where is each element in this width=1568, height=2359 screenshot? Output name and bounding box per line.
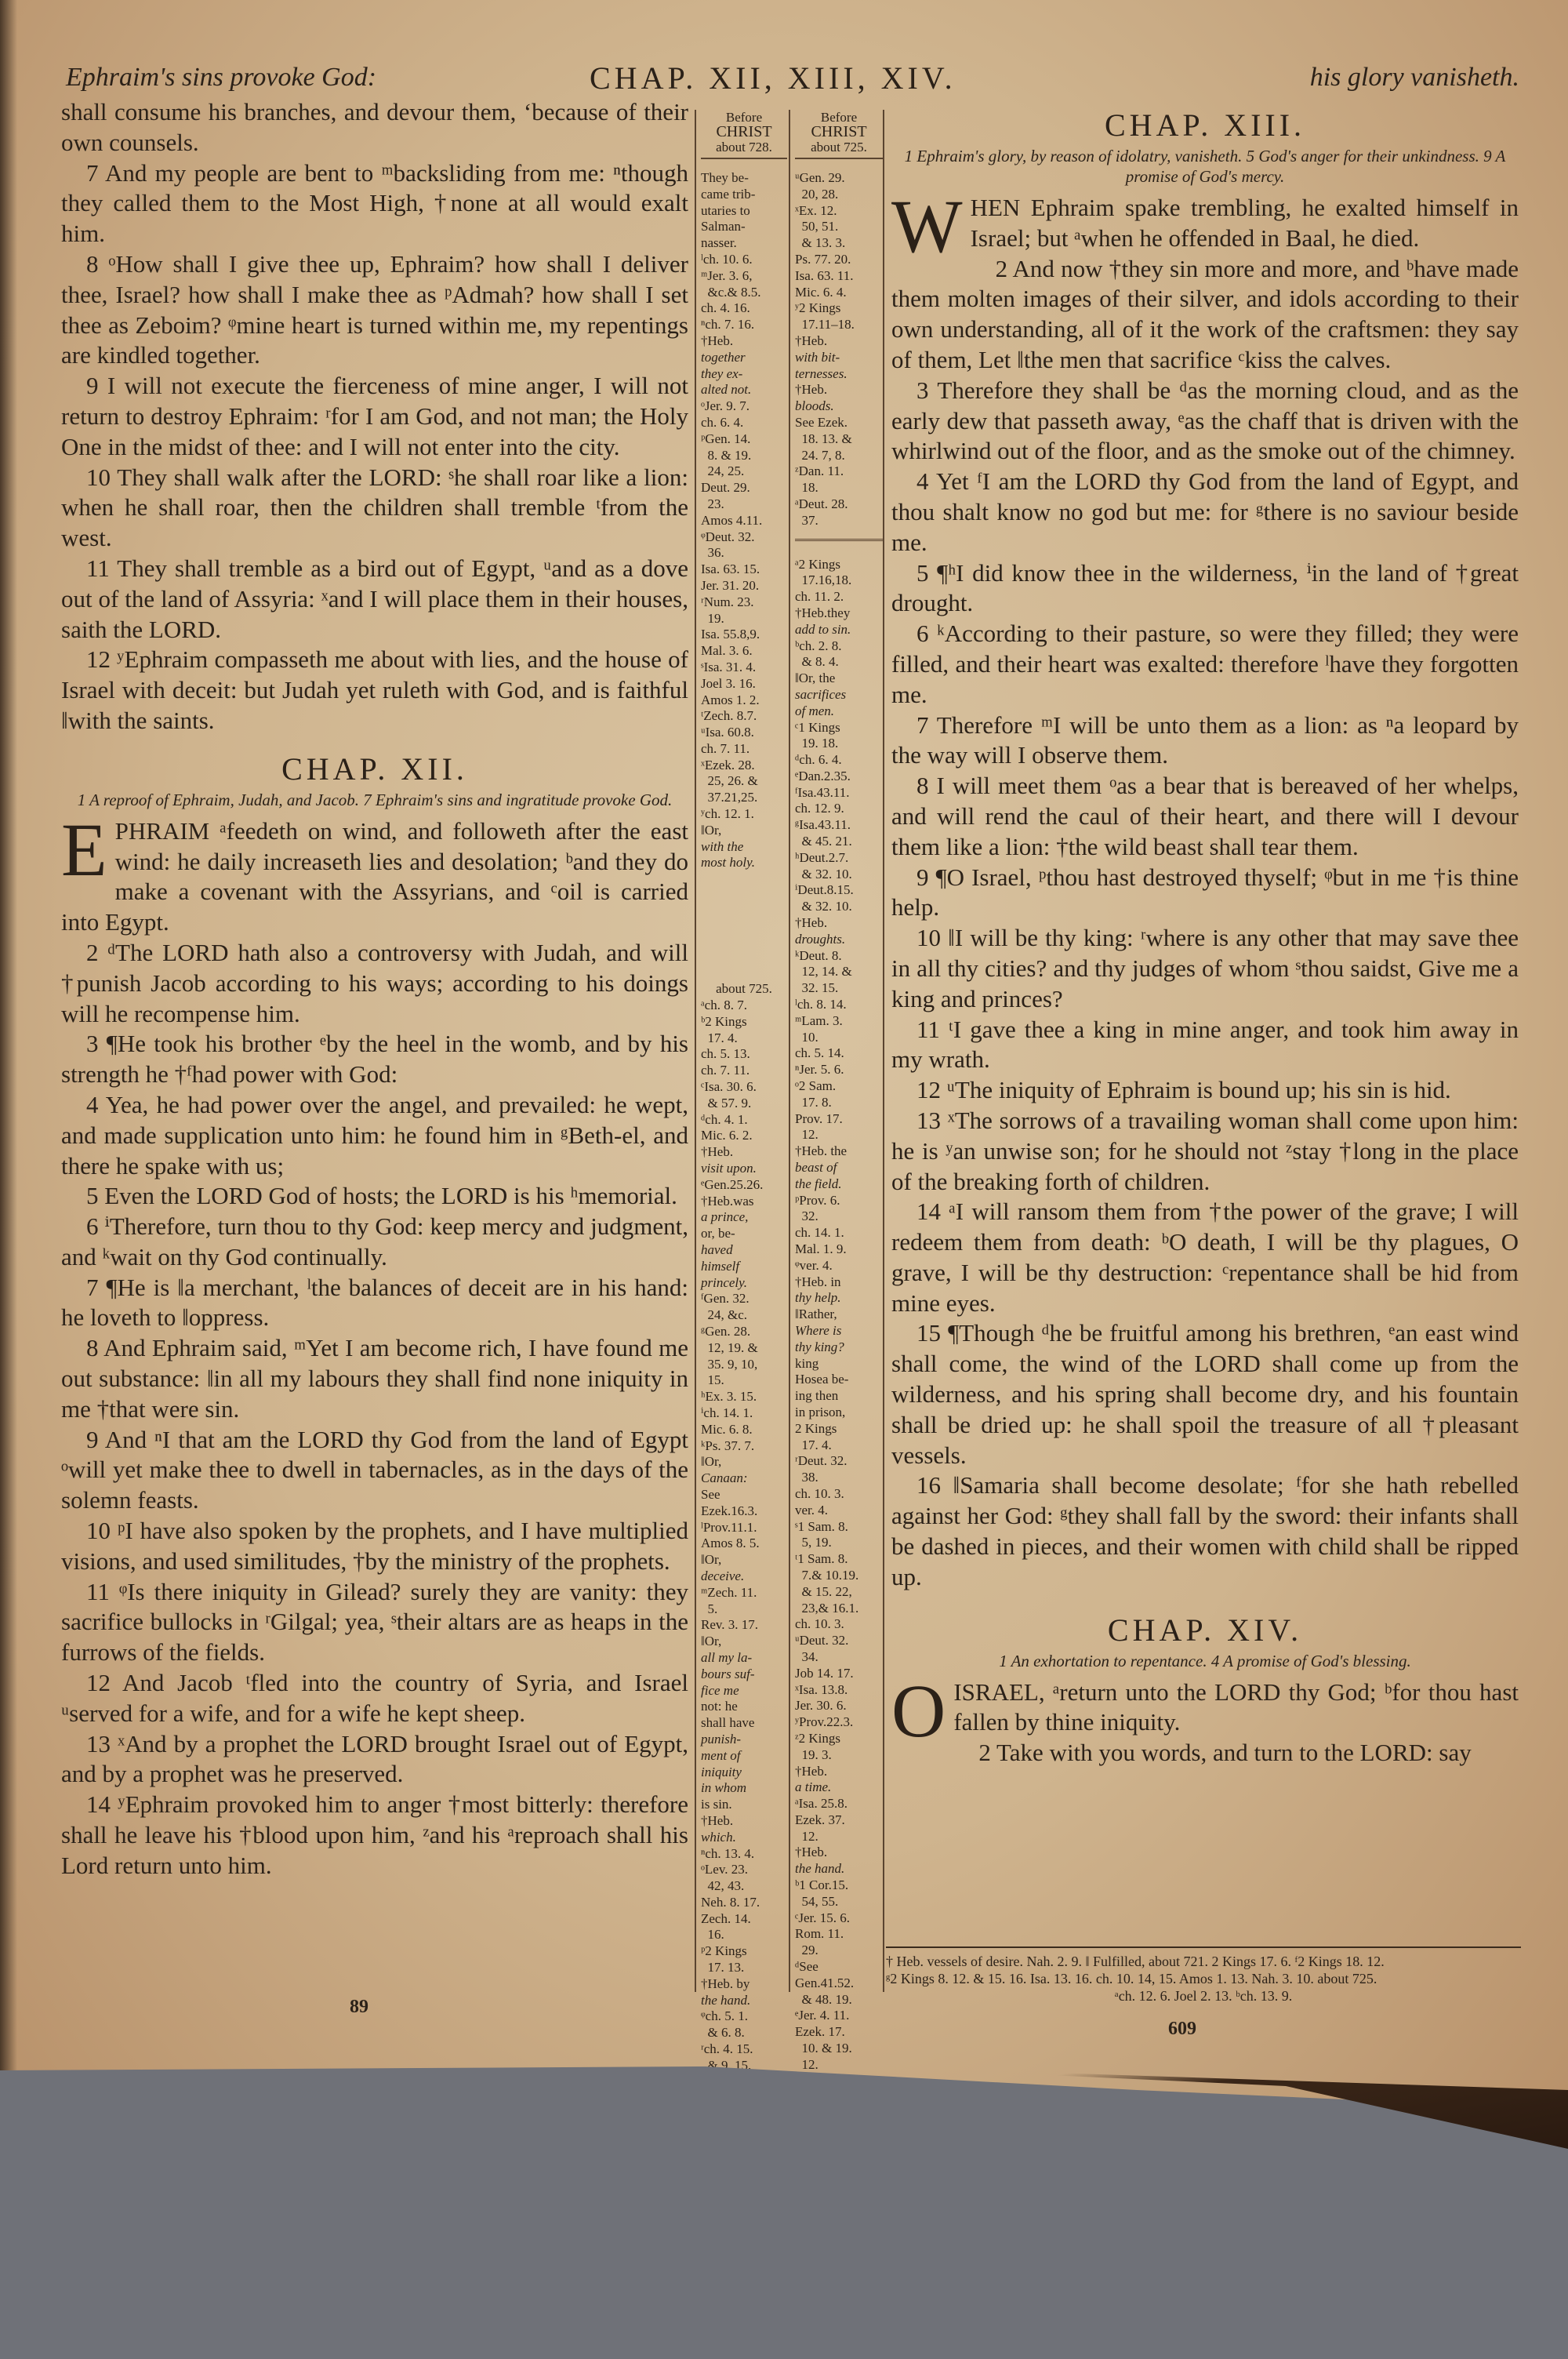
marginal-reference: ⁱch. 14. 1. [701,1405,787,1422]
header-christ: CHRIST [701,125,787,140]
marginal-reference: thy help. [795,1290,883,1307]
marginal-reference: ᵇ1 Cor.15. [795,1877,883,1894]
marginal-reference: ch. 12. 9. [795,801,883,817]
verse: 3 ¶He took his brother ᵉby the heel in t… [61,1029,688,1090]
marginal-reference: Isa. 63. 11. [795,268,883,285]
marginal-reference: nasser. [701,235,787,252]
marginal-reference: & 32. 10. [795,867,883,883]
margin-date-header: Before CHRIST about 728. [701,110,787,159]
marginal-reference: ˣEzek. 28. [701,758,787,774]
footnotes: † Heb. vessels of desire. Nah. 2. 9. ‖ F… [886,1946,1521,2005]
marginal-reference: punish- [701,1732,787,1748]
verse: 2 ᵈThe LORD hath also a controversy with… [61,938,688,1029]
verse-text: ISRAEL, ᵃreturn unto the LORD thy God; ᵇ… [953,1678,1519,1736]
verse: 7 And my people are bent to ᵐbacksliding… [61,158,688,249]
marginal-reference: together [701,350,787,366]
marginal-reference: ᶜJer. 15. 6. [795,1910,883,1927]
marginal-reference: ᵏPs. 37. 7. [701,1438,787,1455]
marginal-reference: ˡch. 10. 6. [701,252,787,268]
marginal-reference: ‖Or, [701,1552,787,1568]
footnote-line: † Heb. vessels of desire. Nah. 2. 9. ‖ F… [886,1953,1521,1970]
marginal-reference: ᵍGen. 28. [701,1324,787,1340]
marginal-reference: †Heb. [701,333,787,350]
marginal-reference: They be- [701,170,787,187]
marginal-reference: or, be- [701,1226,787,1242]
marginal-reference: bloods. [795,398,883,415]
marginal-reference: all my la- [701,1650,787,1667]
marginal-reference: ᶻ2 Kings [795,1731,883,1747]
verse: 11 They shall tremble as a bird out of E… [61,554,688,645]
marginal-reference: in whom [701,1780,787,1797]
marginal-reference: add to sin. [795,622,883,638]
running-head-left: Ephraim's sins provoke God: [66,63,376,93]
marginal-reference: 37. [795,513,883,529]
marginal-reference: Where is [795,1323,883,1339]
marginal-reference: †Heb. [795,333,883,350]
marginal-reference: of men. [795,703,883,720]
marginal-reference: ʰEx. 3. 15. [701,1389,787,1405]
marginal-reference: 17. 13. [701,1960,787,1976]
marginal-reference: ˢch. 8. 11. [701,2106,787,2123]
marginal-reference: ᵘGen. 29. [795,170,883,187]
marginal-reference: alted not. [701,382,787,398]
marginal-reference: most holy. [701,855,787,871]
marginal-reference: ᶜ1 Kings [795,720,883,736]
marginal-reference: in prison, [795,1405,883,1421]
marginal-reference: †Heb.they [795,605,883,622]
marginal-reference: 2 Kings [795,1421,883,1438]
marginal-reference: 10. [795,1030,883,1046]
marginal-reference: ʳDeut. 32. [795,1453,883,1470]
marginal-reference: ᶻDan. 11. [795,463,883,480]
verse-continuation: shall consume his branches, and devour t… [61,97,688,158]
book-page-spread: Ephraim's sins provoke God: CHAP. XII, X… [0,0,1568,2117]
verse: 13 ˣAnd by a prophet the LORD brought Is… [61,1729,688,1790]
marginal-reference: 17. 8. [795,1095,883,1111]
marginal-reference: ⁿJer. 5. 6. [795,1062,883,1078]
marginal-reference: ᵖ2 Kings [701,1943,787,1960]
marginal-reference: 37.21,25. [701,790,787,806]
marginal-reference: iniquity [701,1765,787,1781]
marginal-reference: ʳNum. 23. [701,594,787,611]
marginal-reference: 12, 19. & [701,1340,787,1357]
marginal-reference: Isa. 55.8,9. [701,627,787,643]
verse: 5 Even the LORD God of hosts; the LORD i… [61,1181,688,1212]
marginal-reference: ᵠver. 4. [795,1258,883,1274]
marginal-reference: 5, 19. [795,1535,883,1551]
footnote-line: ᵃch. 12. 6. Joel 2. 13. ᵇch. 13. 9. [886,1987,1521,2005]
marginal-reference: Salman- [701,219,787,235]
verse: 8 ᵒHow shall I give thee up, Ephraim? ho… [61,249,688,371]
marginal-reference: ver. 4. [795,1503,883,1519]
marginal-reference: came trib- [701,187,787,203]
verse-first: O ISRAEL, ᵃreturn unto the LORD thy God;… [891,1677,1519,1739]
marginal-reference: ch. 6. 4. [701,415,787,431]
marginal-reference: 17.16,18. [795,572,883,589]
verse-text: PHRAIM ᵃfeedeth on wind, and followeth a… [61,817,688,936]
marginal-reference: ᵘIsa. 60.8. [701,725,787,741]
marginal-reference: with bit- [795,350,883,366]
marginal-reference: Ps. 77. 20. [795,252,883,268]
marginal-reference: ᵃDeut. 28. [795,496,883,513]
marginal-reference: ‖Or, the [795,671,883,687]
marginal-reference: ch. 5. 13. [701,1046,787,1063]
marginal-reference: Joel 3. 16. [701,676,787,692]
marginal-reference: 20, 28. [795,187,883,203]
marginal-reference: 50, 51. [795,219,883,235]
marginal-reference: ᵈSee [795,1959,883,1976]
marginal-reference: sacrifices [795,687,883,703]
marginal-reference: ch. 7. 11. [701,741,787,758]
verse: 9 ¶O Israel, ᵖthou hast destroyed thysel… [891,863,1519,924]
marginal-reference: is sin. [701,1797,787,1813]
marginal-reference: ch. 11. 2. [795,589,883,605]
marginal-reference: 54, 55. [795,1894,883,1910]
chapter-heading: CHAP. XIII. [891,108,1519,143]
verse: 6 ᵏAccording to their pasture, so were t… [891,619,1519,710]
marginal-reference: 17. 4. [795,1438,883,1454]
marginal-reference: ⁿch. 13. 4. [701,1846,787,1863]
marginal-reference: †Heb. [795,1764,883,1780]
verse: 7 Therefore ᵐI will be unto them as a li… [891,711,1519,772]
marginal-reference: ᵉGen.25.26. [701,1177,787,1194]
marginal-reference: Mal. 1. 9. [795,1241,883,1258]
marginal-reference: †Heb. [795,915,883,932]
verse: 16 ‖Samaria shall become desolate; ᶠfor … [891,1470,1519,1592]
marginal-reference: 36. [701,545,787,562]
marginal-reference: &c.& 8.5. [701,285,787,301]
marginal-reference: 10. & 19. [795,2041,883,2057]
marginal-reference: ch. 10. 3. [795,1486,883,1503]
footnote-line: ᵍ2 Kings 8. 12. & 15. 16. Isa. 13. 16. c… [886,1970,1521,1987]
marginal-reference: beast of [795,1160,883,1176]
ref-list-top: They be-came trib-utaries toSalman-nasse… [701,170,787,871]
marginal-reference: ᶜIsa. 30. 6. [701,1079,787,1096]
marginal-reference: ‖Or, [701,1634,787,1650]
marginal-reference: 17.11–18. [795,317,883,333]
verse: 12 ʸEphraim compasseth me about with lie… [61,645,688,736]
verse: 14 ʸEphraim provoked him to anger †most … [61,1790,688,1881]
marginal-reference: Amos 4.11. [701,513,787,529]
marginal-reference: visit upon. [701,1161,787,1177]
marginal-reference: & 9. 15. [701,2058,787,2074]
marginal-reference: 16. [701,1927,787,1943]
chapter-summary: 1 Ephraim's glory, by reason of idolatry… [891,146,1519,187]
marginal-reference: ‖Or, [701,1454,787,1470]
marginal-reference: 23,& 16.1. [795,1601,883,1617]
marginal-reference: 5. [701,1601,787,1618]
marginal-reference: ⁱDeut.8.15. [795,882,883,899]
verse: 15 ¶Though ᵈhe be fruitful among his bre… [891,1318,1519,1470]
marginal-reference: ᵗ1 Sam. 8. [795,1551,883,1568]
marginal-reference: 19. [701,611,787,627]
marginal-reference: ch. 4. 16. [701,300,787,317]
marginal-reference: 32. [795,1209,883,1225]
marginal-reference: ᵠch. 5. 1. [701,2008,787,2025]
marginal-reference: 19. 18. [795,736,883,752]
verse: 11 ᵗI gave thee a king in mine anger, an… [891,1015,1519,1076]
marginal-reference: 25, 26. & [701,773,787,790]
left-text-column: shall consume his branches, and devour t… [61,97,688,1881]
marginal-reference: 12. [795,2057,883,2074]
ref-list-top: ᵘGen. 29. 20, 28.ˣEx. 12. 50, 51. & 13. … [795,170,883,529]
marginal-reference: Mic. 6. 4. [795,285,883,301]
marginal-reference: ᶠGen. 32. [701,1291,787,1307]
marginal-reference: ᵉDan.2.35. [795,769,883,785]
verse-first: E PHRAIM ᵃfeedeth on wind, and followeth… [61,816,688,938]
verse: 10 They shall walk after the LORD: ˢhe s… [61,463,688,554]
marginal-reference: ment of [701,1748,787,1765]
marginal-reference: ᵘDeut. 32. [795,1633,883,1649]
marginal-reference: ʳch. 4. 15. [701,2041,787,2058]
marginal-reference: ⁿch. 7. 16. [701,317,787,333]
verse: 12 ᵘThe iniquity of Ephraim is bound up;… [891,1075,1519,1106]
marginal-reference: ᵈch. 4. 1. [701,1112,787,1129]
marginal-reference: & 8. 4. [795,654,883,671]
marginal-reference: ˣEx. 12. [795,203,883,220]
marginal-reference: ᵍIsa.43.11. [795,817,883,834]
marginal-reference: 19. 3. [795,1747,883,1764]
marginal-reference: See Ezek. [795,415,883,431]
chapter-heading: CHAP. XIV. [891,1613,1519,1648]
marginal-reference: Jer. 30. 6. [795,1698,883,1714]
marginal-reference: utaries to [701,203,787,220]
marginal-reference: not: he [701,1699,787,1715]
marginal-reference: 24, &c. [701,1307,787,1324]
marginal-reference: which. [701,1830,787,1846]
marginal-reference: ᵒ2 Sam. [795,1078,883,1095]
marginal-reference: Gen.41.52. [795,1976,883,1992]
marginal-reference: bours suf- [701,1667,787,1683]
marginal-reference: Neh. 8. 17. [701,1895,787,1911]
running-head-center: CHAP. XII, XIII, XIV. [590,60,956,96]
spacer [701,871,787,981]
chapter-heading: CHAP. XII. [61,752,688,787]
marginal-reference: Amos 4. 4. [701,2074,787,2091]
marginal-reference: deceive. [701,1568,787,1585]
marginal-reference: Prov. 17. [795,1111,883,1128]
page-number-right: 609 [1168,2019,1196,2040]
verse: 12 And Jacob ᵗfled into the country of S… [61,1668,688,1729]
marginal-reference: Canaan: [701,1470,787,1487]
marginal-reference: ˡProv.11.1. [701,1520,787,1536]
marginal-reference: & 45. 21. [795,834,883,850]
page-number-left: 89 [350,1997,368,2018]
marginal-reference: ᵐLam. 3. [795,1013,883,1030]
marginal-reference: ᵠDeut. 32. [701,529,787,546]
marginal-reference: with the [701,839,787,856]
marginal-reference: Zech. 14. [701,1911,787,1928]
marginal-reference: a prince, [701,1209,787,1226]
marginal-reference: the field. [795,1176,883,1193]
verse: 10 ᵖI have also spoken by the prophets, … [61,1516,688,1577]
verse: 3 Therefore they shall be ᵈas the mornin… [891,376,1519,467]
marginal-reference: ˡch. 8. 14. [795,997,883,1013]
marginal-reference: Rom. 11. [795,1926,883,1943]
marginal-reference: ᵒLev. 23. [701,1862,787,1878]
marginal-reference: ing then [795,1388,883,1405]
verse: 14 ᵃI will ransom them from †the power o… [891,1197,1519,1318]
marginal-reference: ᵉJer. 4. 11. [795,2008,883,2024]
marginal-reference: 8. & 19. [701,448,787,464]
marginal-reference: ᵐZech. 11. [701,1585,787,1601]
marginal-reference: the hand. [701,1993,787,2009]
marginal-reference: Job 14. 17. [795,1666,883,1682]
marginal-reference: ᶠIsa.43.11. [795,785,883,801]
marginal-references-1: Before CHRIST about 728. They be-came tr… [695,110,787,1992]
marginal-reference: ᵏDeut. 8. [795,948,883,965]
marginal-reference: 12. [795,1127,883,1143]
marginal-reference: Deut.26.5. [701,2156,787,2172]
marginal-reference: ‖Or, [701,823,787,839]
marginal-reference: Ezek. 37. [795,1812,883,1829]
marginal-reference: †Heb. the [795,1143,883,1160]
verse: 5 ¶ʰI did know thee in the wilderness, ⁱ… [891,558,1519,620]
chapter-summary: 1 A reproof of Ephraim, Judah, and Jacob… [61,790,688,810]
verse: 6 ⁱTherefore, turn thou to thy God: keep… [61,1212,688,1273]
marginal-reference: & 5. 5. [701,2090,787,2106]
marginal-reference: 38. [795,1470,883,1486]
verse: 7 ¶He is ‖a merchant, ˡthe balances of d… [61,1273,688,1334]
marginal-reference: & 10. 1. [701,2123,787,2139]
verse-first: W HEN Ephraim spake trembling, he exalte… [891,193,1519,254]
verse: 8 I will meet them ᵒas a bear that is be… [891,771,1519,862]
marginal-reference: Amos 1. 2. [701,692,787,709]
marginal-reference: king [795,1356,883,1372]
header-date: about 728. [701,140,787,154]
marginal-reference: ᵃch. 8. 7. [701,998,787,1014]
marginal-reference: ˢIsa. 31. 4. [701,660,787,676]
marginal-reference: 42, 43. [701,1878,787,1895]
marginal-reference: Hosea be- [795,1372,883,1388]
marginal-reference: ʸ2 Kings [795,300,883,317]
marginal-reference: ch. 14. 1. [795,1225,883,1241]
marginal-reference: †Heb. by [701,1976,787,1993]
verse: 9 And ⁿI that am the LORD thy God from t… [61,1425,688,1516]
verse: 11 ᵠIs there iniquity in Gilead? surely … [61,1577,688,1668]
verse: 8 And Ephraim said, ᵐYet I am become ric… [61,1333,688,1424]
header-date: about 725. [795,140,883,154]
verse-text: HEN Ephraim spake trembling, he exalted … [971,194,1519,252]
marginal-reference: 24. 7, 8. [795,448,883,464]
marginal-reference: 12. [795,1829,883,1845]
marginal-reference: & 48. 19. [795,1992,883,2008]
marginal-reference: himself [701,1259,787,1275]
marginal-reference: 17. 4. [701,1030,787,1047]
marginal-reference: Ezek. 17. [795,2024,883,2041]
marginal-reference: 35. 9, 10, [701,1357,787,1373]
marginal-reference: & 32. 10. [795,899,883,915]
marginal-reference: †Heb. [701,1144,787,1161]
marginal-reference: princely. [701,1275,787,1292]
verse: 9 I will not execute the fierceness of m… [61,371,688,462]
marginal-reference: thy king? [795,1339,883,1356]
marginal-reference: Amos 8. 5. [701,1536,787,1552]
marginal-reference: 18. [795,480,883,496]
marginal-reference: 7.& 10.19. [795,1568,883,1584]
marginal-reference: ᵐJer. 3. 6, [701,268,787,285]
marginal-reference: 18. 13. & [795,431,883,448]
marginal-reference: droughts. [795,932,883,948]
marginal-reference: a time. [795,1779,883,1796]
verse: 10 ‖I will be thy king: ʳwhere is any ot… [891,923,1519,1014]
chapter-summary: 1 An exhortation to repentance. 4 A prom… [891,1651,1519,1671]
marginal-reference: & 6. 8. [701,2025,787,2041]
drop-cap: O [891,1681,946,1742]
marginal-reference: ᵈch. 6. 4. [795,752,883,769]
marginal-reference: they ex- [701,366,787,383]
marginal-reference: & 57. 9. [701,1096,787,1112]
marginal-reference: 12, 14. & [795,964,883,980]
marginal-reference: ᵖGen. 14. [701,431,787,448]
marginal-reference: †Heb. [701,1813,787,1830]
marginal-reference: 24, 25. [701,463,787,480]
marginal-reference: the hand. [795,1861,883,1877]
marginal-reference: †Heb.was [701,1194,787,1210]
marginal-reference: Mal. 3. 6. [701,643,787,660]
marginal-reference: ᵖProv. 6. [795,1193,883,1209]
marginal-references-2: Before CHRIST about 725. ᵘGen. 29. 20, 2… [789,110,884,1992]
marginal-reference: ʸProv.22.3. [795,1714,883,1731]
running-head-right: his glory vanisheth. [1310,63,1519,93]
section-divider [795,539,883,541]
marginal-reference: & 15. 22, [795,1584,883,1601]
verse: 4 Yet ᶠI am the LORD thy God from the la… [891,467,1519,558]
marginal-reference: Isa. 63. 15. [701,562,787,578]
margin-date-subheader: about 725. [701,981,787,998]
marginal-reference: 32. 15. [795,980,883,997]
marginal-reference: ᵗZech. 8.7. [701,708,787,725]
marginal-reference: 34. [795,1649,883,1666]
verse: 4 Yea, he had power over the angel, and … [61,1090,688,1181]
marginal-reference: ternesses. [795,366,883,383]
marginal-reference: ˣIsa. 13.8. [795,1682,883,1699]
marginal-reference: Deut. 29. [701,480,787,496]
ref-list-bottom: ᵃch. 8. 7.ᵇ2 Kings 17. 4.ch. 5. 13.ch. 7… [701,998,787,2172]
marginal-reference: †Heb. [795,382,883,398]
verse: 2 Take with you words, and turn to the L… [891,1738,1519,1768]
right-text-column: CHAP. XIII. 1 Ephraim's glory, by reason… [891,97,1519,1768]
marginal-reference: ᵃ2 Kings [795,557,883,573]
margin-date-header: Before CHRIST about 725. [795,110,883,159]
marginal-reference: ch. 5. 14. [795,1045,883,1062]
marginal-reference: shall have [701,1715,787,1732]
marginal-reference: ʰDeut.2.7. [795,850,883,867]
marginal-reference: ch. 4. 19. [795,2074,883,2090]
marginal-reference: ch. 7. 11. [701,1063,787,1079]
marginal-reference: ᵇch. 2. 8. [795,638,883,655]
drop-cap: E [61,820,107,881]
verse: 13 ˣThe sorrows of a travailing woman sh… [891,1106,1519,1197]
marginal-reference: Jer. 31. 20. [701,578,787,594]
marginal-reference: ‖Rather, [795,1307,883,1323]
marginal-reference: 15. [701,1372,787,1389]
marginal-reference: haved [701,1242,787,1259]
marginal-reference: Mic. 6. 2. [701,1128,787,1144]
header-christ: CHRIST [795,125,883,140]
marginal-reference: & 13. 3. [795,235,883,252]
marginal-reference: Ezek.16.3. [701,1503,787,1520]
verse: 2 And now †they sin more and more, and ᵇ… [891,254,1519,376]
marginal-reference: Mic. 6. 8. [701,1422,787,1438]
marginal-reference: †Heb. in [795,1274,883,1291]
marginal-reference: †Heb. [795,1845,883,1861]
marginal-reference: ᵃIsa. 25.8. [795,1796,883,1812]
marginal-reference: ʸch. 12. 1. [701,806,787,823]
marginal-reference: Rev. 3. 17. [701,1617,787,1634]
marginal-reference: 29. [795,1943,883,1959]
marginal-reference: ᵗGen.28.5. [701,2139,787,2156]
